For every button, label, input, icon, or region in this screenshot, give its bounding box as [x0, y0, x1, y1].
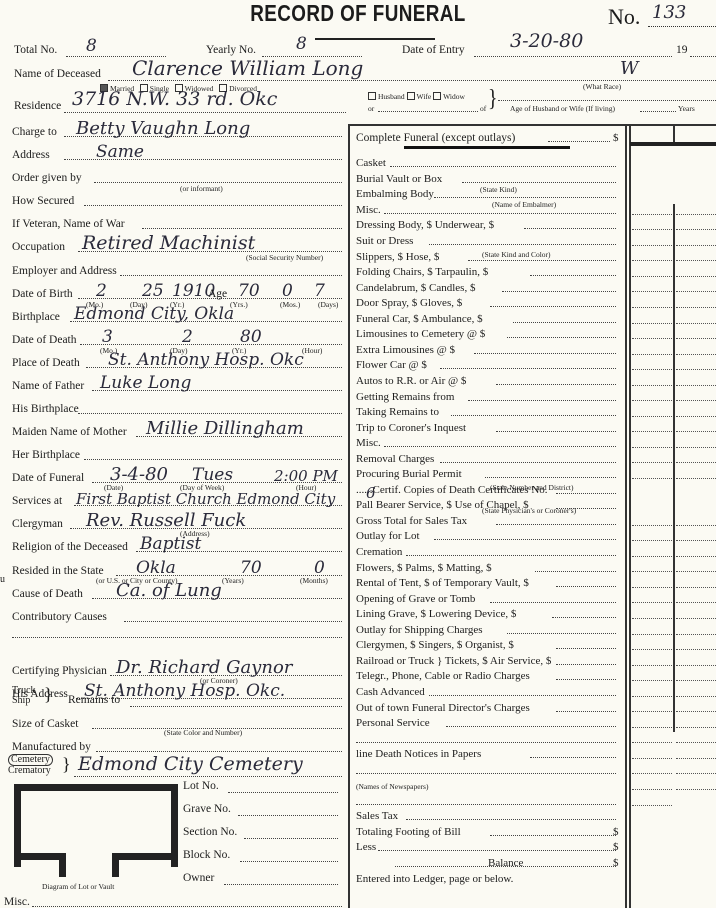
charge-to-label: Charge to	[12, 126, 57, 138]
dollar-amount-field[interactable]	[632, 369, 672, 370]
dollar-amount-field[interactable]	[632, 323, 672, 324]
field-employer[interactable]: Employer and Address	[12, 257, 342, 279]
checkbox-husband[interactable]: Husband	[368, 92, 405, 101]
charge-row-label: Cash Advanced	[356, 686, 425, 698]
charge-row[interactable]: Outlay for Lot	[356, 530, 621, 542]
dollar-amount-field[interactable]	[632, 556, 672, 557]
grave-no-field[interactable]	[238, 815, 338, 816]
dollar-amount-field[interactable]	[632, 354, 672, 355]
charge-row-line	[378, 850, 616, 851]
spouse-options[interactable]: Husband Wife Widow	[368, 92, 465, 101]
dollar-amount-field[interactable]	[632, 276, 672, 277]
cents-amount-field[interactable]	[676, 323, 716, 324]
field-physician[interactable]: Certifying Physician Dr. Richard Gaynor	[12, 657, 342, 679]
charge-complete-funeral[interactable]: Complete Funeral (except outlays) $	[356, 130, 621, 144]
charge-row[interactable]: line Death Notices in Papers	[356, 748, 621, 760]
charge-row-line	[530, 275, 616, 276]
charge-row[interactable]: Casket	[356, 157, 621, 169]
age-label: Age	[208, 288, 227, 300]
diagram-caption: Diagram of Lot or Vault	[42, 882, 114, 891]
father-value[interactable]: Luke Long	[100, 373, 191, 393]
charge-row[interactable]: Balance$	[356, 857, 621, 869]
dollar-amount-field[interactable]	[632, 229, 672, 230]
physician-label: Certifying Physician	[12, 665, 107, 677]
charge-row[interactable]: Entered into Ledger, page or below.	[356, 872, 621, 884]
charge-row-line	[496, 384, 616, 385]
charge-row[interactable]	[356, 795, 621, 807]
charge-row-line	[556, 711, 616, 712]
cents-amount-field[interactable]	[676, 276, 716, 277]
age-years[interactable]: 70	[238, 281, 260, 301]
cause-label: Cause of Death	[12, 588, 83, 600]
charge-row-line	[434, 197, 616, 198]
charge-row[interactable]: Getting Remains from	[356, 390, 621, 402]
charge-row-line	[356, 773, 616, 774]
field-manufactured-by[interactable]: Manufactured by	[12, 733, 342, 755]
physician-value[interactable]: Dr. Richard Gaynor	[116, 657, 292, 678]
cents-amount-field[interactable]	[676, 587, 716, 588]
cents-amount-field[interactable]	[676, 478, 716, 479]
charge-row[interactable]: Out of town Funeral Director's Charges	[356, 701, 621, 713]
charges-box-top	[348, 124, 716, 126]
race-caption: (What Race)	[583, 82, 621, 91]
charge-row[interactable]: Flower Car @ $	[356, 359, 621, 371]
cents-amount-field[interactable]	[676, 229, 716, 230]
cemetery-line	[74, 776, 342, 777]
charge-row-line	[429, 244, 616, 245]
field-date-of-birth[interactable]: Date of Birth 2 25 1910 Age 70 0 7	[12, 280, 342, 302]
dollar-amount-field[interactable]	[632, 400, 672, 401]
spouse-line	[378, 111, 478, 112]
charge-row-label: Telegr., Phone, Cable or Radio Charges	[356, 670, 530, 682]
place-of-death-value[interactable]: St. Anthony Hosp. Okc	[108, 350, 304, 370]
birthplace-label: Birthplace	[12, 311, 60, 323]
dollar-amount-field[interactable]	[632, 773, 672, 774]
charge-row-label: Clergymen, $ Singers, $ Organist, $	[356, 639, 514, 651]
charge-row[interactable]: Cremation	[356, 546, 621, 558]
cents-amount-field[interactable]	[676, 462, 716, 463]
dollar-amount-field[interactable]	[632, 758, 672, 759]
charge-row[interactable]: Misc.	[356, 204, 621, 216]
dollar-amount-field[interactable]	[632, 478, 672, 479]
dollar-amount-field[interactable]	[632, 680, 672, 681]
dollar-sign: $	[613, 132, 619, 144]
charge-row-label: Entered into Ledger, page or below.	[356, 873, 513, 885]
cents-amount-field[interactable]	[676, 291, 716, 292]
charge-row-label: Dressing Body, $ Underwear, $	[356, 219, 494, 231]
misc-field[interactable]	[32, 906, 342, 907]
physician-coroner-caption: (State Physician's or Coroner's)	[482, 506, 576, 515]
charge-row-label: Cremation	[356, 546, 402, 558]
charge-row-line	[524, 228, 616, 229]
charge-row[interactable]: Clergymen, $ Singers, $ Organist, $	[356, 639, 621, 651]
birthplace-value[interactable]: Edmond City, Okla	[74, 304, 234, 324]
charge-row-line	[356, 742, 616, 743]
his-birthplace-line	[78, 413, 342, 414]
owner-label: Owner	[183, 872, 214, 884]
charge-row[interactable]: Sales Tax	[356, 810, 621, 822]
brace-cemetery: }	[62, 754, 71, 775]
cents-amount-field[interactable]	[676, 416, 716, 417]
charge-row-label: Opening of Grave or Tomb	[356, 593, 475, 605]
charge-row[interactable]: Flowers, $ Palms, $ Matting, $	[356, 561, 621, 573]
block-no-field[interactable]	[240, 861, 338, 862]
charge-row[interactable]: Opening of Grave or Tomb	[356, 592, 621, 604]
charge-row-label: Misc.	[356, 204, 381, 216]
block-no-label: Block No.	[183, 849, 230, 861]
dollar-amount-field[interactable]	[632, 447, 672, 448]
amount-col-divider-1	[625, 124, 627, 908]
field-how-secured[interactable]: How Secured	[12, 187, 342, 209]
field-address[interactable]: Address Same	[12, 141, 342, 163]
dollar-amount-field[interactable]	[632, 338, 672, 339]
dollar-amount-field[interactable]	[632, 634, 672, 635]
charge-row[interactable]: Railroad or Truck } Tickets, $ Air Servi…	[356, 655, 621, 667]
cents-amount-field[interactable]	[676, 385, 716, 386]
section-no-label: Section No.	[183, 826, 237, 838]
dollar-amount-field[interactable]	[632, 742, 672, 743]
charge-row-label: Candelabrum, $ Candles, $	[356, 282, 475, 294]
charge-row-label: Flowers, $ Palms, $ Matting, $	[356, 562, 492, 574]
charge-row-label: Totaling Footing of Bill	[356, 826, 461, 838]
charge-row[interactable]: Gross Total for Sales Tax	[356, 515, 621, 527]
address-value[interactable]: Same	[96, 142, 144, 162]
dod-month[interactable]: 3	[102, 327, 113, 347]
dollar-amount-field[interactable]	[632, 649, 672, 650]
cents-amount-field[interactable]	[676, 649, 716, 650]
field-religion[interactable]: Religion of the Deceased Baptist	[12, 533, 342, 555]
charge-row-label: Railroad or Truck } Tickets, $ Air Servi…	[356, 655, 551, 667]
mfg-label: Manufactured by	[12, 741, 91, 753]
cents-amount-field[interactable]	[676, 727, 716, 728]
resided-label: Resided in the State	[12, 565, 104, 577]
date-of-entry-label: Date of Entry	[402, 44, 465, 56]
cents-amount-field[interactable]	[676, 525, 716, 526]
dollar-amount-field[interactable]	[632, 587, 672, 588]
cents-amount-field[interactable]	[676, 214, 716, 215]
charge-row[interactable]: (Names of Newspapers)	[356, 779, 621, 791]
charge-row[interactable]: Dressing Body, $ Underwear, $	[356, 219, 621, 231]
race-value[interactable]: W	[620, 58, 639, 79]
residence-value[interactable]: 3716 N.W. 33 rd. Okc	[72, 88, 277, 110]
checkbox-widow[interactable]: Widow	[433, 92, 465, 101]
crematory-label: Crematory	[8, 766, 53, 776]
total-no-value[interactable]: 8	[86, 36, 97, 56]
lot-no-field[interactable]	[228, 792, 338, 793]
veteran-line	[142, 228, 342, 229]
field-birthplace[interactable]: Birthplace Edmond City, Okla	[12, 303, 342, 325]
field-her-birthplace[interactable]: Her Birthplace	[12, 441, 342, 463]
charge-to-value[interactable]: Betty Vaughn Long	[76, 118, 250, 139]
charge-row-label: Balance	[488, 857, 523, 869]
charge-row-label: Procuring Burial Permit	[356, 468, 462, 480]
dod-day[interactable]: 2	[182, 327, 193, 347]
charge-row[interactable]: Extra Limousines @ $	[356, 344, 621, 356]
owner-field[interactable]	[224, 884, 338, 885]
charge-row-line	[535, 571, 616, 572]
brace: }	[488, 86, 498, 114]
charge-row-label: Gross Total for Sales Tax	[356, 515, 467, 527]
spouse-age-caption: Age of Husband or Wife (If living)	[510, 104, 615, 113]
religion-value[interactable]: Baptist	[140, 534, 201, 554]
charge-row-line	[552, 617, 616, 618]
charge-row-line	[395, 866, 616, 867]
charge-row[interactable]: Candelabrum, $ Candles, $	[356, 281, 621, 293]
section-no-field[interactable]	[244, 838, 338, 839]
dollar-amount-field[interactable]	[632, 462, 672, 463]
dod-year[interactable]: 80	[240, 327, 262, 347]
cents-amount-field[interactable]	[676, 758, 716, 759]
charge-row[interactable]: Telegr., Phone, Cable or Radio Charges	[356, 670, 621, 682]
charge-row-line	[468, 400, 616, 401]
dollar-amount-field[interactable]	[632, 431, 672, 432]
yearly-no-value[interactable]: 8	[296, 34, 307, 54]
charge-row-line	[474, 353, 616, 354]
field-contributory-causes[interactable]: Contributory Causes	[12, 603, 342, 625]
year-line	[690, 56, 716, 57]
address-label: Address	[12, 149, 50, 161]
charge-row-label: Slippers, $ Hose, $	[356, 251, 439, 263]
charge-row[interactable]: Removal Charges	[356, 452, 621, 464]
cents-amount-field[interactable]	[676, 260, 716, 261]
dollar-amount-field[interactable]	[632, 727, 672, 728]
charge-row-label: Casket	[356, 157, 386, 169]
spouse-age-line	[498, 100, 716, 101]
dob-month[interactable]: 2	[96, 281, 107, 301]
cents-amount-field[interactable]	[676, 680, 716, 681]
resided-years-value[interactable]: 70	[240, 558, 262, 578]
name-line	[108, 80, 716, 81]
charge-row[interactable]: Folding Chairs, $ Tarpaulin, $	[356, 266, 621, 278]
charge-row[interactable]: Outlay for Shipping Charges	[356, 624, 621, 636]
charge-row-label: Burial Vault or Box	[356, 173, 442, 185]
charge-row-line	[513, 322, 616, 323]
resided-months-value[interactable]: 0	[314, 558, 325, 578]
cents-amount-field[interactable]	[676, 773, 716, 774]
cemetery-value[interactable]: Edmond City Cemetery	[78, 753, 303, 775]
dollar-amount-field[interactable]	[632, 789, 672, 790]
how-secured-line	[84, 205, 342, 206]
cents-amount-field[interactable]	[676, 789, 716, 790]
kind-color-caption: (State Kind and Color)	[482, 250, 551, 259]
charge-row[interactable]: Burial Vault or Box	[356, 173, 621, 185]
field-place-of-death[interactable]: Place of Death St. Anthony Hosp. Okc	[12, 349, 342, 371]
years-label: Years	[678, 104, 695, 113]
deceased-name[interactable]: Clarence William Long	[132, 56, 363, 80]
charge-row[interactable]: Funeral Car, $ Ambulance, $	[356, 313, 621, 325]
charge-row-label: Autos to R.R. or Air @ $	[356, 375, 466, 387]
cause-value[interactable]: Ca. of Lung	[116, 580, 222, 601]
checkbox-wife[interactable]: Wife	[407, 92, 432, 101]
lot-diagram-bottom-right	[112, 853, 171, 860]
field-mother[interactable]: Maiden Name of Mother Millie Dillingham	[12, 418, 342, 440]
field-veteran[interactable]: If Veteran, Name of War	[12, 210, 342, 232]
her-birthplace-line	[84, 459, 342, 460]
services-value[interactable]: First Baptist Church Edmond City	[76, 490, 335, 508]
resided-place-value[interactable]: Okla	[136, 558, 176, 578]
cents-amount-field[interactable]	[676, 634, 716, 635]
religion-label: Religion of the Deceased	[12, 541, 128, 553]
record-number-line	[648, 26, 716, 27]
dollar-sign: $	[613, 857, 619, 869]
field-charge-to[interactable]: Charge to Betty Vaughn Long	[12, 118, 342, 140]
charge-row-label: Out of town Funeral Director's Charges	[356, 702, 530, 714]
charge-row-label: line Death Notices in Papers	[356, 748, 481, 760]
dollar-amount-field[interactable]	[632, 696, 672, 697]
cents-amount-field[interactable]	[676, 602, 716, 603]
charge-row-line	[440, 462, 616, 463]
cents-amount-field[interactable]	[676, 369, 716, 370]
charge-row[interactable]	[356, 732, 621, 744]
charge-row[interactable]: Door Spray, $ Gloves, $	[356, 297, 621, 309]
dod-line	[80, 344, 342, 345]
charge-row[interactable]: Less$	[356, 841, 621, 853]
charges-box-left	[348, 124, 350, 908]
date-of-entry-value[interactable]: 3-20-80	[510, 30, 583, 52]
charge-row-label: Embalming Body	[356, 188, 434, 200]
charge-row-label: Outlay for Lot	[356, 530, 420, 542]
mfg-line	[96, 751, 342, 752]
cents-amount-field[interactable]	[676, 307, 716, 308]
dollar-amount-field[interactable]	[632, 618, 672, 619]
charge-row[interactable]: Totaling Footing of Bill$	[356, 826, 621, 838]
casket-label: Size of Casket	[12, 718, 78, 730]
field-occupation[interactable]: Occupation Retired Machinist (Social Sec…	[12, 233, 342, 255]
charge-row[interactable]: Lining Grave, $ Lowering Device, $	[356, 608, 621, 620]
cents-amount-field[interactable]	[676, 245, 716, 246]
charge-row[interactable]: Taking Remains to	[356, 406, 621, 418]
dollar-amount-field[interactable]	[632, 260, 672, 261]
dollar-amount-field[interactable]	[632, 525, 672, 526]
dollar-amount-field[interactable]	[632, 214, 672, 215]
charge-row-label: Less	[356, 841, 376, 853]
cents-amount-field[interactable]	[676, 540, 716, 541]
charge-row[interactable]: Procuring Burial Permit	[356, 468, 621, 480]
dollar-amount-field[interactable]	[632, 385, 672, 386]
lot-diagram-leg-left	[59, 853, 66, 877]
state-kind-caption: (State Kind)	[480, 185, 517, 194]
order-given-by-line	[94, 182, 342, 183]
charge-row[interactable]: Trip to Coroner's Inquest	[356, 421, 621, 433]
field-cause-of-death[interactable]: Cause of Death Ca. of Lung	[12, 580, 342, 602]
cents-amount-field[interactable]	[676, 742, 716, 743]
order-given-by-label: Order given by	[12, 172, 82, 184]
age-days[interactable]: 7	[314, 281, 325, 301]
dob-day[interactable]: 25	[142, 281, 164, 301]
lot-no-label: Lot No.	[183, 780, 219, 792]
cents-amount-field[interactable]	[676, 400, 716, 401]
yearly-no-label: Yearly No.	[206, 44, 256, 56]
charge-row[interactable]: ......Certif. Copies of Death Certificat…	[356, 484, 621, 496]
funeral-date-value[interactable]: 3-4-80	[110, 464, 168, 485]
cents-amount-field[interactable]	[676, 711, 716, 712]
complete-funeral-label: Complete Funeral (except outlays)	[356, 132, 515, 144]
father-label: Name of Father	[12, 380, 84, 392]
charge-row-line	[384, 213, 616, 214]
field-services-at[interactable]: Services at First Baptist Church Edmond …	[12, 487, 342, 509]
contrib-line	[124, 621, 342, 622]
date-of-entry-line	[474, 56, 672, 57]
dollar-amount-field[interactable]	[632, 245, 672, 246]
cents-amount-field[interactable]	[676, 447, 716, 448]
charge-row-line	[556, 586, 616, 587]
field-father[interactable]: Name of Father Luke Long	[12, 372, 342, 394]
cents-amount-field[interactable]	[676, 665, 716, 666]
margin-mark: u	[0, 574, 5, 585]
dollar-amount-field[interactable]	[632, 416, 672, 417]
charge-row[interactable]: Personal Service	[356, 717, 621, 729]
dollar-amount-field[interactable]	[632, 307, 672, 308]
field-his-address[interactable]: His Address St. Anthony Hosp. Okc.	[12, 680, 342, 702]
field-date-of-funeral[interactable]: Date of Funeral 3-4-80 Tues 2:00 PM	[12, 464, 342, 486]
charge-row-line	[490, 306, 616, 307]
charge-row-label: Taking Remains to	[356, 406, 439, 418]
cents-amount-field[interactable]	[676, 338, 716, 339]
charge-row-line	[490, 835, 616, 836]
funeral-day-value[interactable]: Tues	[192, 465, 233, 485]
cents-amount-field[interactable]	[676, 696, 716, 697]
charge-row[interactable]: Autos to R.R. or Air @ $	[356, 375, 621, 387]
charge-row[interactable]: Suit or Dress	[356, 235, 621, 247]
charge-row-label: Suit or Dress	[356, 235, 413, 247]
dollar-amount-field[interactable]	[632, 540, 672, 541]
field-order-given-by[interactable]: Order given by (or informant)	[12, 164, 342, 186]
dollar-amount-field[interactable]	[632, 711, 672, 712]
field-his-birthplace[interactable]: His Birthplace	[12, 395, 342, 417]
grave-no-label: Grave No.	[183, 803, 231, 815]
record-number: 133	[652, 2, 686, 23]
mother-label: Maiden Name of Mother	[12, 426, 127, 438]
charge-row[interactable]	[356, 763, 621, 775]
dollar-amount-field[interactable]	[632, 805, 672, 806]
charge-row[interactable]: Limousines to Cemetery @ $	[356, 328, 621, 340]
dollar-amount-field[interactable]	[632, 291, 672, 292]
her-birthplace-label: Her Birthplace	[12, 449, 80, 461]
charge-row-line	[429, 695, 616, 696]
death-cert-copies-value[interactable]: 6	[366, 484, 376, 502]
dollar-amount-field[interactable]	[632, 571, 672, 572]
charge-row[interactable]: Cash Advanced	[356, 686, 621, 698]
charge-row-line	[485, 477, 616, 478]
charge-row[interactable]: Rental of Tent, $ of Temporary Vault, $	[356, 577, 621, 589]
cents-amount-field[interactable]	[676, 618, 716, 619]
charge-row-label: Sales Tax	[356, 810, 398, 822]
charge-row-line	[446, 726, 616, 727]
mother-value[interactable]: Millie Dillingham	[146, 418, 304, 439]
dollar-amount-field[interactable]	[632, 602, 672, 603]
or-label: or	[368, 104, 374, 113]
charge-row-label: Lining Grave, $ Lowering Device, $	[356, 608, 516, 620]
cents-amount-field[interactable]	[676, 571, 716, 572]
employer-line	[120, 275, 342, 276]
charge-row-line	[507, 633, 616, 634]
charge-row-line	[356, 804, 616, 805]
charge-row-line	[406, 555, 616, 556]
occupation-label: Occupation	[12, 241, 65, 253]
remains-to-label: Remains to	[68, 694, 120, 706]
occupation-value[interactable]: Retired Machinist	[82, 232, 255, 254]
cents-amount-field[interactable]	[676, 556, 716, 557]
charge-row-label: Extra Limousines @ $	[356, 344, 455, 356]
age-months[interactable]: 0	[282, 281, 293, 301]
charge-row[interactable]: Misc.	[356, 437, 621, 449]
field-clergyman[interactable]: Clergyman Rev. Russell Fuck	[12, 510, 342, 532]
cents-amount-field[interactable]	[676, 431, 716, 432]
cents-amount-field[interactable]	[676, 354, 716, 355]
clergyman-value[interactable]: Rev. Russell Fuck	[86, 510, 246, 531]
field-date-of-death[interactable]: Date of Death 3 2 80	[12, 326, 342, 348]
dollar-amount-field[interactable]	[632, 665, 672, 666]
